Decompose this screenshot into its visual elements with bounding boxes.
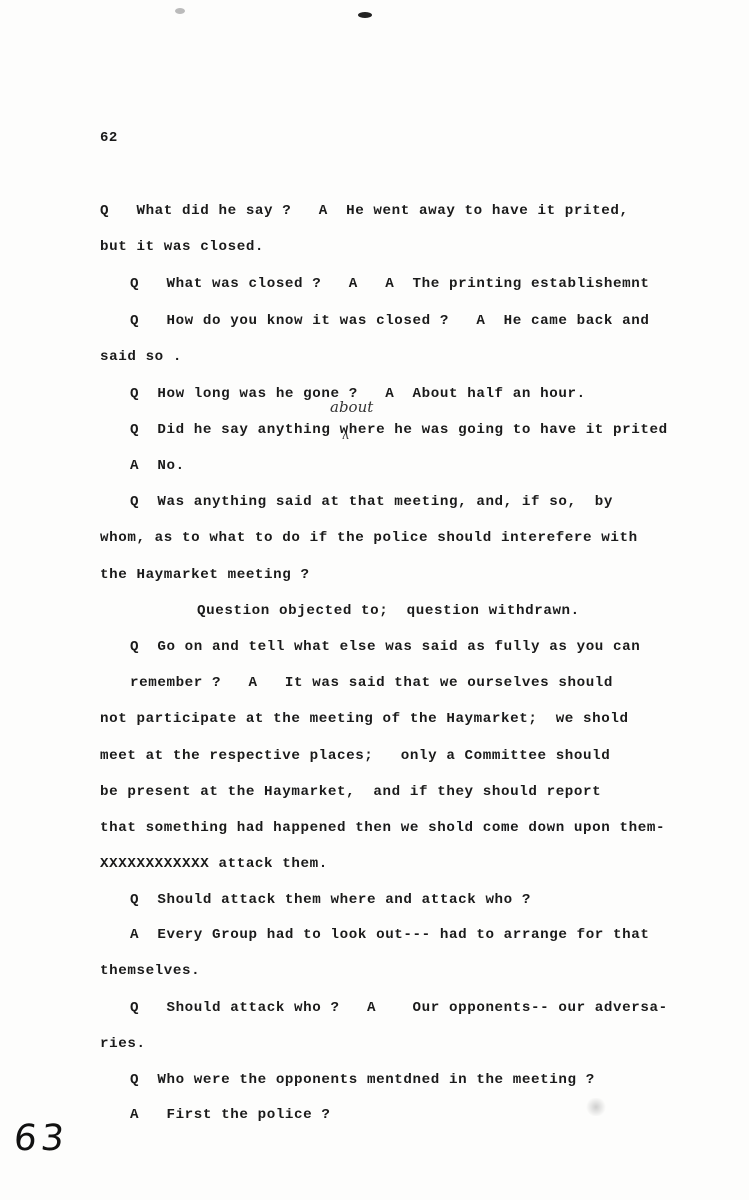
transcript-line: A First the police ? [130,1106,331,1124]
transcript-line: whom, as to what to do if the police sho… [100,529,638,547]
transcript-line: Q How do you know it was closed ? A He c… [130,312,650,330]
transcript-line: A Every Group had to look out--- had to … [130,926,650,944]
transcript-line: but it was closed. [100,238,264,256]
transcript-line: be present at the Haymarket, and if they… [100,783,601,801]
transcript-line: themselves. [100,962,200,980]
smudge-mark [585,1098,607,1116]
page-number: 62 [100,130,118,146]
transcript-line: Q Should attack who ? A Our opponents-- … [130,999,668,1017]
transcript-line: that something had happened then we shol… [100,819,665,837]
document-page: 62 Q What did he say ? A He went away to… [0,0,749,1200]
transcript-line: Q What did he say ? A He went away to ha… [100,202,629,220]
transcript-line: Q What was closed ? A A The printing est… [130,275,650,293]
transcript-line: the Haymarket meeting ? [100,566,310,584]
transcript-line: not participate at the meeting of the Ha… [100,710,629,728]
transcript-line: meet at the respective places; only a Co… [100,747,610,765]
ink-blot-top [358,12,372,18]
punch-mark-left [175,8,185,14]
transcript-line: remember ? A It was said that we ourselv… [130,674,613,692]
transcript-line: Q Should attack them where and attack wh… [130,891,531,909]
transcript-line: Q Who were the opponents mentdned in the… [130,1071,595,1089]
transcript-line: Q Did he say anything where he was going… [130,421,668,439]
insertion-caret-mark: ʌ [342,428,349,442]
transcript-line: XXXXXXXXXXXX attack them. [100,855,328,873]
transcript-line: ries. [100,1035,146,1053]
transcript-line: Q Go on and tell what else was said as f… [130,638,640,656]
handwritten-insertion-about: about [330,398,373,416]
transcript-line: Q Was anything said at that meeting, and… [130,493,613,511]
transcript-line: Question objected to; question withdrawn… [197,602,580,620]
transcript-line: said so . [100,348,182,366]
transcript-line: A No. [130,457,185,475]
handwritten-page-number: 63 [12,1118,70,1159]
